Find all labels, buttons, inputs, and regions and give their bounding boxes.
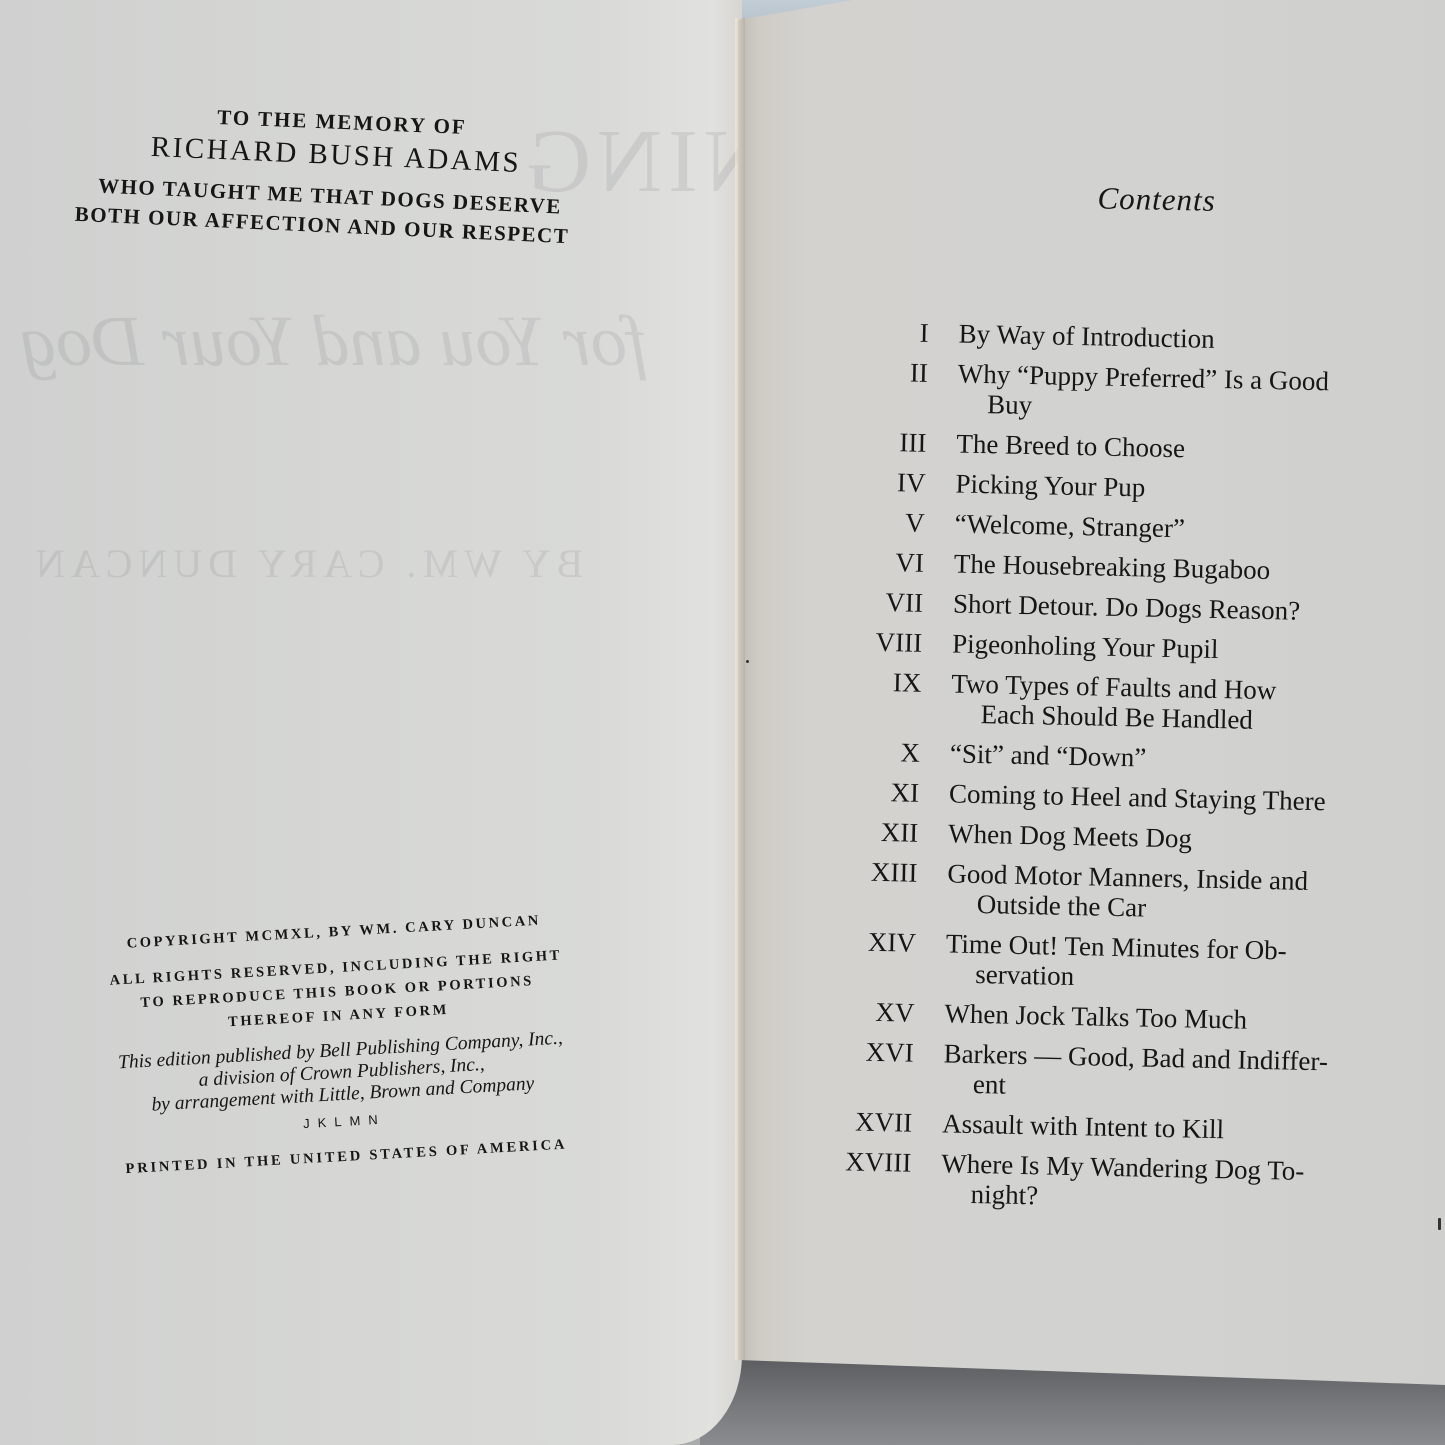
chapter-title-continued: Buy — [957, 389, 1428, 429]
chapter-title-continued: night? — [940, 1178, 1411, 1218]
ink-speck — [746, 660, 749, 663]
chapter-number: XVI — [821, 1036, 944, 1069]
chapter-item: X “Sit” and “Down” — [828, 736, 1428, 779]
chapter-title: The Breed to Choose — [956, 428, 1185, 463]
chapter-number: I — [836, 316, 959, 349]
chapter-number: XII — [826, 816, 949, 849]
edge-mark — [1438, 1218, 1441, 1230]
chapter-number: IV — [833, 466, 956, 499]
chapter-number: XVIII — [819, 1146, 942, 1179]
chapter-number: III — [834, 426, 957, 459]
chapter-item: XVI Barkers — Good, Bad and Indiffer-ent — [821, 1036, 1422, 1109]
chapter-title: By Way of Introduction — [958, 319, 1215, 354]
chapter-number: XIV — [824, 926, 947, 959]
chapter-number: V — [832, 506, 955, 539]
contents-title: Contents — [1097, 180, 1440, 223]
chapter-number: IX — [829, 666, 952, 699]
chapter-item: III The Breed to Choose — [834, 426, 1434, 469]
chapter-title: Picking Your Pup — [955, 468, 1145, 502]
gutter — [735, 18, 745, 1360]
chapter-title: Coming to Heel and Staying There — [949, 778, 1326, 816]
chapter-title: “Welcome, Stranger” — [954, 508, 1185, 543]
chapter-item: II Why “Puppy Preferred” Is a GoodBuy — [835, 356, 1436, 429]
chapter-item: IV Picking Your Pup — [833, 466, 1433, 509]
chapter-number: II — [836, 356, 959, 389]
left-page: DOG TRAINING for You and Your Dog BY WM.… — [0, 0, 742, 1445]
dedication: TO THE MEMORY OF RICHARD BUSH ADAMS WHO … — [20, 110, 640, 238]
chapter-list: I By Way of Introduction II Why “Puppy P… — [818, 316, 1437, 1218]
chapter-item: XIV Time Out! Ten Minutes for Ob-servati… — [823, 926, 1424, 999]
chapter-title-continued: Outside the Car — [946, 888, 1417, 928]
copyright-block: COPYRIGHT MCMXL, BY WM. CARY DUNCAN ALL … — [34, 903, 647, 1182]
chapter-item: IX Two Types of Faults and HowEach Shoul… — [828, 666, 1429, 739]
chapter-item: XVIII Where Is My Wandering Dog To-night… — [818, 1146, 1419, 1219]
chapter-item: XII When Dog Meets Dog — [826, 816, 1426, 859]
show-through-subtitle: for You and Your Dog — [20, 300, 647, 383]
chapter-title: Short Detour. Do Dogs Reason? — [953, 588, 1301, 625]
chapter-item: I By Way of Introduction — [836, 316, 1436, 359]
chapter-title: When Dog Meets Dog — [948, 818, 1192, 853]
chapter-number: XIII — [825, 856, 948, 889]
chapter-item: XI Coming to Heel and Staying There — [827, 776, 1427, 819]
chapter-item: V “Welcome, Stranger” — [832, 506, 1432, 549]
chapter-number: VIII — [830, 626, 953, 659]
chapter-title: The Housebreaking Bugaboo — [954, 548, 1271, 585]
chapter-item: VIII Pigeonholing Your Pupil — [830, 626, 1430, 669]
chapter-title-continued: servation — [945, 958, 1416, 998]
table-of-contents: Contents I By Way of Introduction II Why… — [818, 175, 1440, 1228]
chapter-number: VI — [832, 546, 955, 579]
chapter-number: XVII — [820, 1106, 943, 1139]
chapter-item: VI The Housebreaking Bugaboo — [832, 546, 1432, 589]
chapter-item: XVII Assault with Intent to Kill — [820, 1106, 1420, 1149]
chapter-title: “Sit” and “Down” — [950, 738, 1147, 772]
show-through-author: BY WM. CARY DUNCAN — [30, 540, 583, 587]
chapter-number: VII — [831, 586, 954, 619]
chapter-title-continued: ent — [943, 1068, 1414, 1108]
chapter-item: XIII Good Motor Manners, Inside andOutsi… — [824, 856, 1425, 929]
chapter-title: When Jock Talks Too Much — [944, 998, 1247, 1034]
chapter-title: Pigeonholing Your Pupil — [952, 628, 1219, 664]
chapter-number: X — [828, 736, 951, 769]
chapter-title-continued: Each Should Be Handled — [950, 698, 1421, 738]
chapter-item: XV When Jock Talks Too Much — [822, 996, 1422, 1039]
chapter-title: Assault with Intent to Kill — [942, 1108, 1225, 1144]
chapter-item: VII Short Detour. Do Dogs Reason? — [831, 586, 1431, 629]
chapter-number: XI — [827, 776, 950, 809]
chapter-number: XV — [822, 996, 945, 1029]
